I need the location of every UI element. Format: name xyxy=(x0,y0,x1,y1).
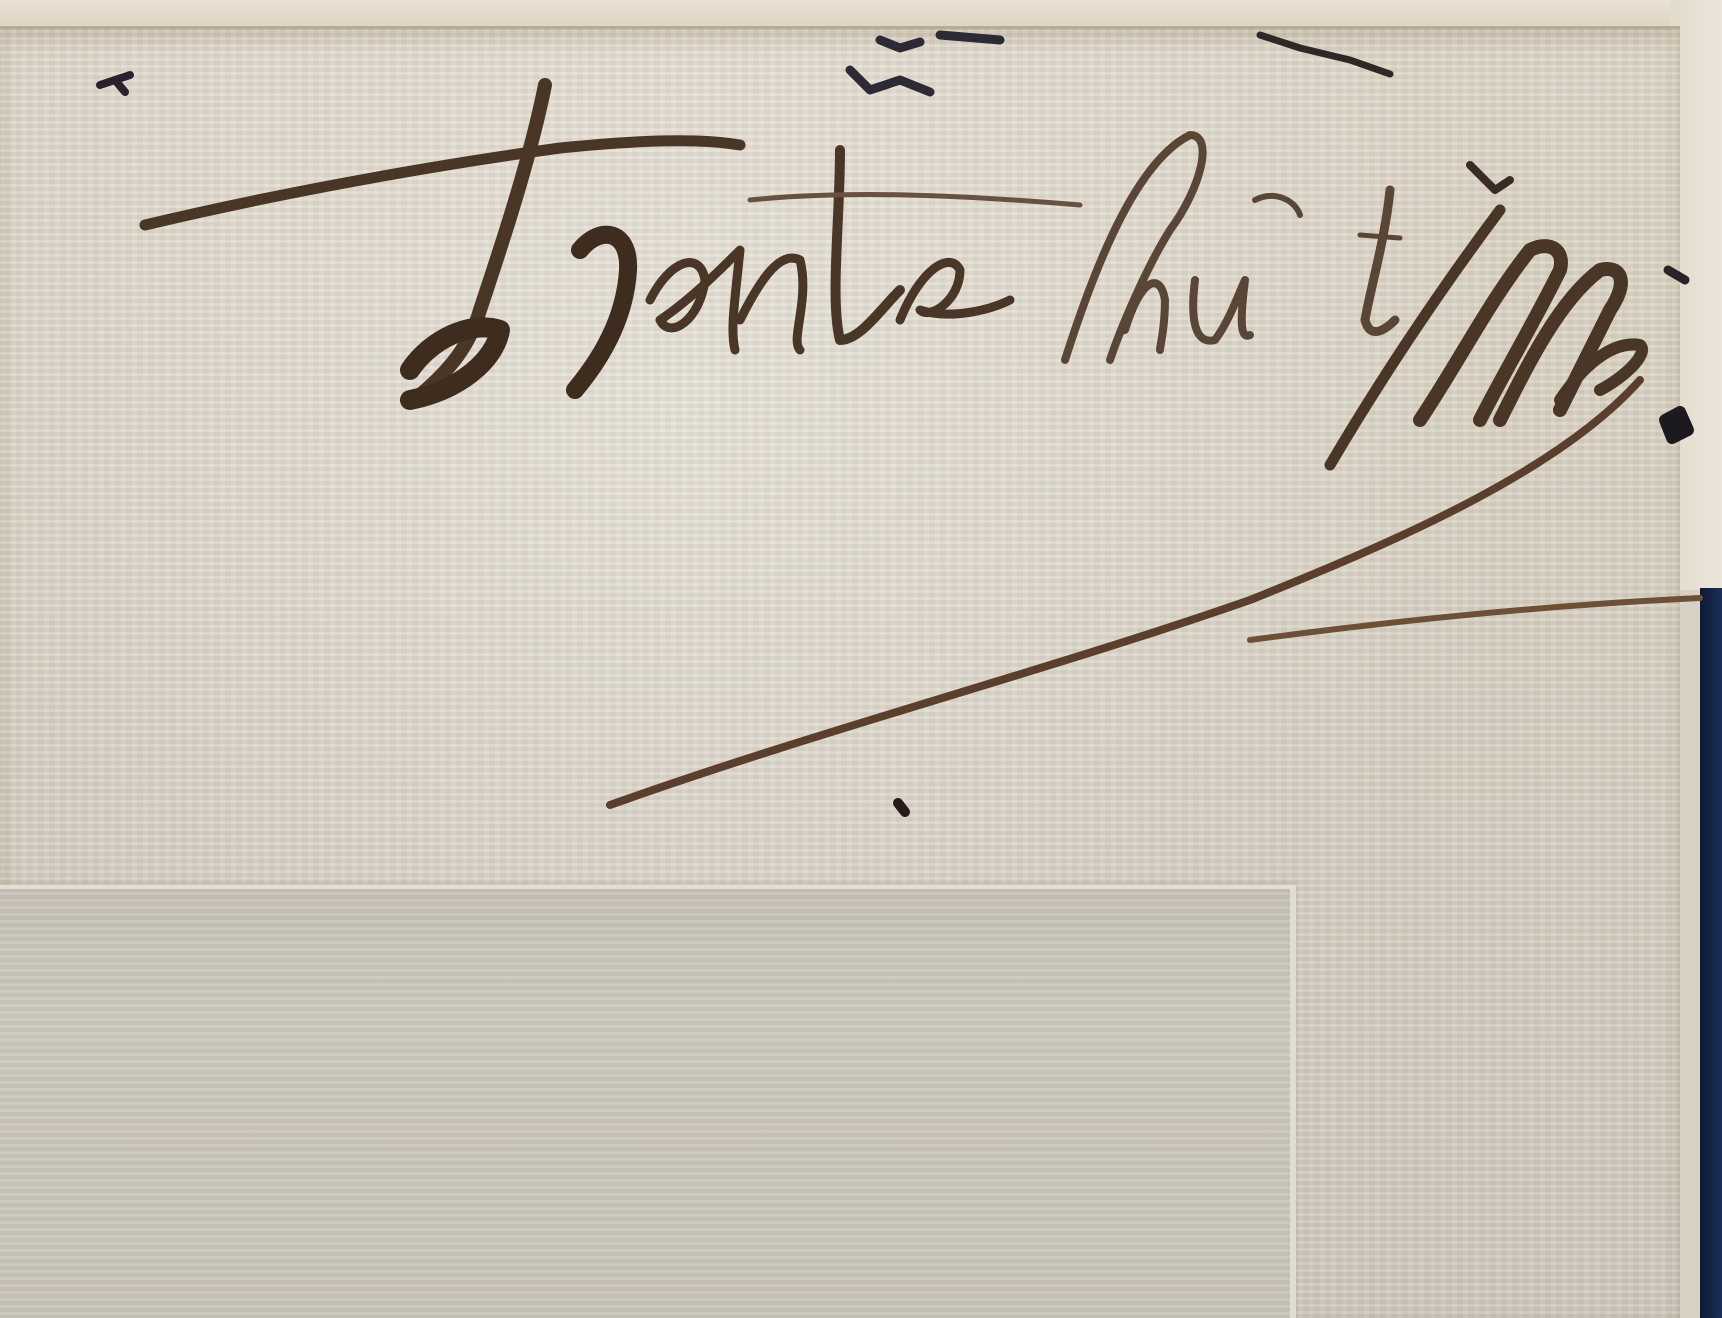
handwriting-ink xyxy=(0,0,1722,1318)
